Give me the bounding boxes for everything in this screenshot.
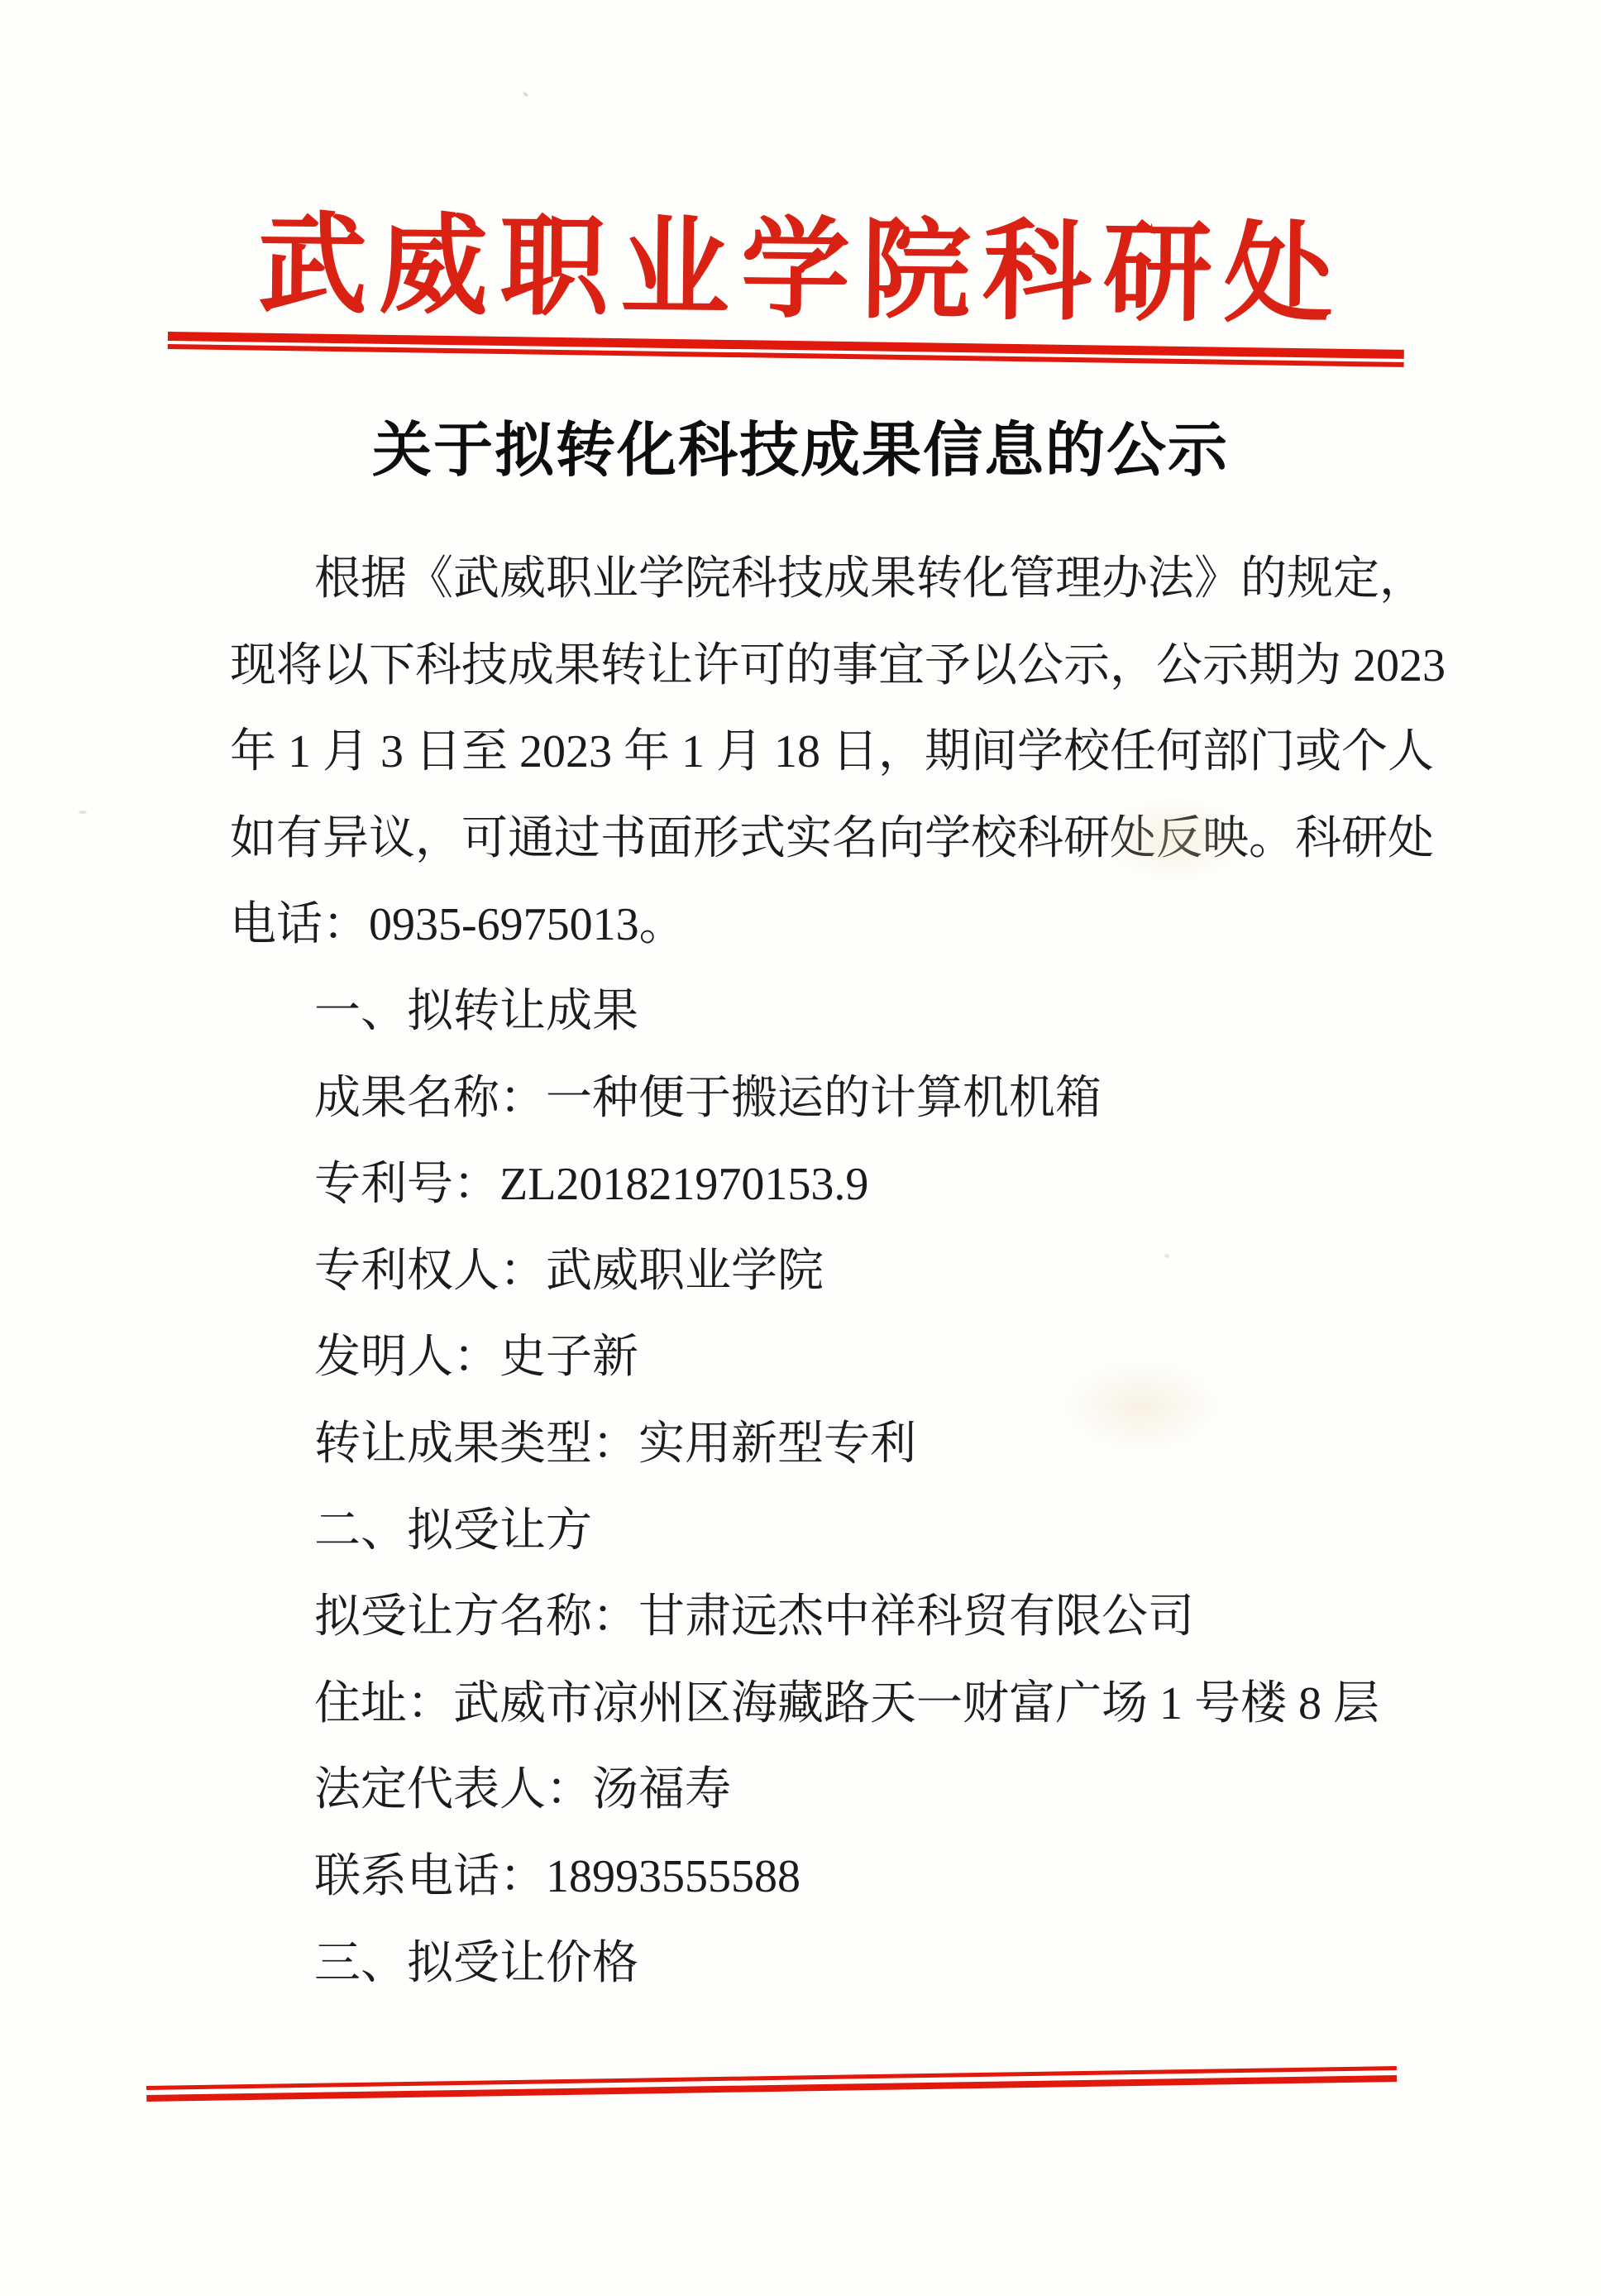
field-transferee-name: 拟受让方名称：甘肃远杰中祥科贸有限公司 <box>230 1574 1371 1661</box>
scan-smudge <box>1100 794 1249 885</box>
scan-speck <box>1164 1254 1169 1258</box>
footer-double-rule <box>146 2066 1397 2102</box>
field-achievement-name: 成果名称：一种便于搬运的计算机机箱 <box>230 1055 1371 1142</box>
document-title: 关于拟转化科技成果信息的公示 <box>0 419 1601 484</box>
section-3-heading: 三、拟受让价格 <box>230 1921 1371 2007</box>
scanned-document-page: 武威职业学院科研处 关于拟转化科技成果信息的公示 根据《武威职业学院科技成果转化… <box>0 0 1601 2296</box>
office-title: 武威职业学院科研处 <box>257 208 1345 333</box>
office-phone-line: 电话：0935-6975013。 <box>230 882 1371 969</box>
section-2-heading: 二、拟受让方 <box>230 1488 1371 1575</box>
scan-speck <box>79 811 87 814</box>
intro-line-3: 年 1 月 3 日至 2023 年 1 月 18 日，期间学校任何部门或个人 <box>230 709 1371 796</box>
intro-line-2: 现将以下科技成果转让许可的事宜予以公示，公示期为 2023 <box>230 623 1371 710</box>
field-patent-number: 专利号：ZL201821970153.9 <box>230 1141 1371 1228</box>
field-legal-representative: 法定代表人：汤福寿 <box>230 1747 1371 1834</box>
field-patent-owner: 专利权人：武威职业学院 <box>230 1228 1371 1315</box>
scan-speck <box>523 91 529 98</box>
scan-smudge <box>1059 1356 1224 1456</box>
field-contact-phone: 联系电话：18993555588 <box>230 1834 1371 1921</box>
document-body: 根据《武威职业学院科技成果转化管理办法》的规定， 现将以下科技成果转让许可的事宜… <box>230 536 1371 2007</box>
header-double-rule <box>168 332 1404 367</box>
intro-line-1: 根据《武威职业学院科技成果转化管理办法》的规定， <box>230 536 1371 623</box>
section-1-heading: 一、拟转让成果 <box>230 969 1371 1055</box>
field-transferee-address: 住址：武威市凉州区海藏路天一财富广场 1 号楼 8 层 <box>230 1661 1371 1748</box>
